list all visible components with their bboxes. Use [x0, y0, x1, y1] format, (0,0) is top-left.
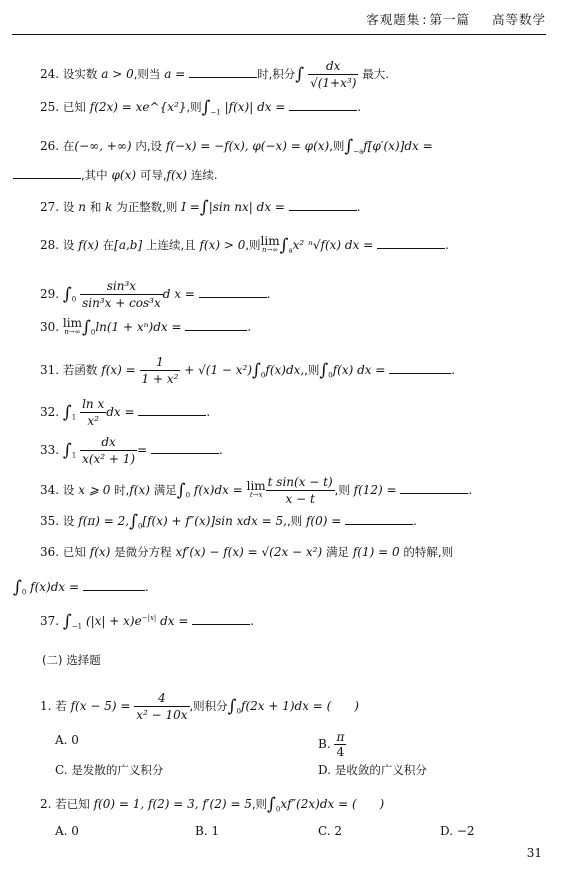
answer-blank[interactable] [289, 98, 357, 111]
question-24: 24. 设实数 a > 0,则当 a = 时,积分∫dx√(1+x³) 最大. [40, 58, 389, 91]
header-subject: 高等数学 [492, 12, 546, 27]
answer-blank[interactable] [83, 578, 145, 591]
answer-blank[interactable] [13, 166, 81, 179]
answer-blank[interactable] [199, 285, 267, 298]
question-30: 30. limn→∞∫0ln(1 + xⁿ)dx = . [40, 318, 251, 340]
answer-blank[interactable] [138, 403, 206, 416]
question-32: 32. ∫1 ln xx²dx = . [40, 396, 210, 429]
question-31: 31. 若函数 f(x) = 11 + x² + √(1 − x²)∫0f(x)… [40, 354, 455, 387]
answer-blank[interactable] [345, 512, 413, 525]
option-2c[interactable]: C. 2 [318, 824, 342, 838]
question-25: 25. 已知 f(2x) = xe^{x²},则∫−1 |f(x)| dx = … [40, 98, 361, 120]
option-2a[interactable]: A. 0 [55, 824, 79, 838]
option-1b[interactable]: B. π4 [318, 730, 346, 759]
option-2b[interactable]: B. 1 [195, 824, 219, 838]
answer-blank[interactable] [192, 612, 250, 625]
question-36-cont: ∫0 f(x)dx = . [13, 578, 149, 600]
question-37: 37. ∫−1 (|x| + x)e−|x| dx = . [40, 610, 254, 634]
header-part: 第一篇 [429, 12, 470, 27]
question-28: 28. 设 f(x) 在[a,b] 上连续,且 f(x) > 0,则limn→∞… [40, 236, 449, 258]
question-26-cont: ,其中 φ(x) 可导,f(x) 连续. [13, 166, 218, 183]
option-1a[interactable]: A. 0 [55, 733, 79, 747]
question-35: 35. 设 f(π) = 2,∫0[f(x) + f″(x)]sin xdx =… [40, 512, 417, 534]
answer-blank[interactable] [151, 441, 219, 454]
answer-blank[interactable] [377, 236, 445, 249]
question-29: 29. ∫0 sin³xsin³x + cos³xd x = . [40, 278, 271, 311]
answer-blank[interactable] [389, 361, 451, 374]
question-33: 33. ∫1 dxx(x² + 1)= . [40, 434, 223, 467]
answer-blank[interactable] [185, 318, 247, 331]
choice-question-1: 1. 若 f(x − 5) = 4x² − 10x,则积分∫0f(2x + 1)… [40, 690, 359, 723]
header-rule [12, 34, 546, 35]
question-26: 26. 在(−∞, +∞) 内,设 f(−x) = −f(x), φ(−x) =… [40, 138, 433, 159]
answer-blank[interactable] [400, 481, 468, 494]
option-2d[interactable]: D. −2 [440, 824, 475, 838]
header-book: 客观题集 [366, 12, 420, 27]
section-heading: (二) 选择题 [42, 652, 101, 668]
question-34: 34. 设 x ⩾ 0 时,f(x) 满足∫0 f(x)dx = limt→xt… [40, 474, 472, 507]
answer-blank[interactable] [189, 65, 257, 78]
answer-blank[interactable] [289, 198, 357, 211]
question-27: 27. 设 n 和 k 为正整数,则 I =∫|sin nx| dx = . [40, 198, 361, 216]
choice-question-2: 2. 若已知 f(0) = 1, f(2) = 3, f′(2) = 5,则∫0… [40, 796, 384, 817]
question-36: 36. 已知 f(x) 是微分方程 xf′(x) − f(x) = √(2x −… [40, 544, 453, 560]
option-1d[interactable]: D. 是收敛的广义积分 [318, 762, 427, 778]
option-1c[interactable]: C. 是发散的广义积分 [55, 762, 163, 778]
running-header: 客观题集:第一篇高等数学 [366, 10, 546, 28]
page-number: 31 [527, 846, 542, 860]
